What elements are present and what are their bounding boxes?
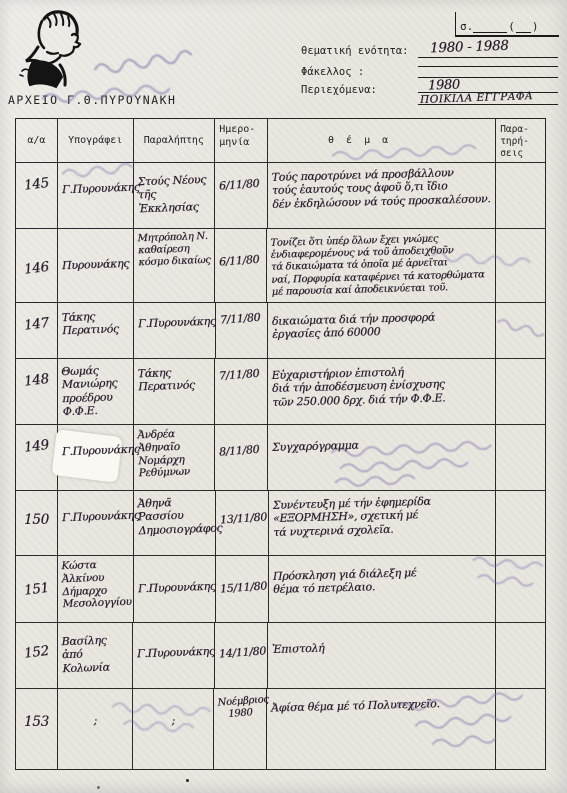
cell-notes [496, 623, 545, 688]
table-row: 147 Τάκης Περατινός Γ.Πυρουνάκης 7/11/80… [16, 303, 545, 359]
archive-title: ΑΡΧΕΙΟ Γ.Θ.ΠΥΡΟΥΝΑΚΗ [8, 93, 176, 107]
cell-recipient: ; [137, 713, 210, 729]
cell-theme: Συνέντευξη μέ τήν ἐφημερίδα «ΕΞΟΡΜΗΣΗ», … [272, 493, 491, 539]
table-row: 148 Θωμάς Μανιώρης προέδρου Φ.Φ.Ε. Τάκης… [16, 359, 545, 425]
cell-theme: Τούς παροτρύνει νά προσβάλλουν τούς ἑαυτ… [272, 165, 492, 211]
ink-bleed-through [91, 42, 203, 81]
cell-aa: 148 [23, 370, 54, 390]
cell-aa: 147 [23, 314, 54, 334]
table-header-row: α/α Υπογράφει Παραλήπτης Ημερο- μηνία θ … [16, 119, 545, 163]
table-row: 152 Βασίλης ἀπό Κολωνία Γ.Πυρουνάκης 14/… [16, 623, 545, 689]
contents-label: Περιεχόμενα: [301, 84, 377, 96]
cell-notes [496, 556, 545, 622]
cell-recipient: Γ.Πυρουνάκης [138, 580, 211, 596]
cell-signer: Βασίλης ἀπό Κολωνία [61, 633, 129, 676]
cell-aa: 146 [23, 258, 53, 278]
cell-recipient: Τάκης Περατινός [137, 365, 211, 394]
page-number-sub-blank [516, 21, 531, 33]
col-header-signer: Υπογράφει [58, 119, 134, 162]
cell-aa: 151 [23, 579, 54, 599]
contents-line-2 [418, 104, 558, 105]
table-row: 146 Πυρουνάκης Μητρόπολη Ν. καθαίρεση κό… [16, 229, 545, 303]
cell-signer: Γ.Πυρουνάκης [62, 509, 129, 525]
folder-label: Φάκελλος : [301, 66, 364, 78]
cell-notes [496, 359, 545, 424]
paren-open: ( [507, 20, 516, 33]
cell-recipient: Μητρόπολη Ν. καθαίρεση κόσμο δικαίως [137, 231, 210, 270]
col-header-theme: θ έ μ α [268, 119, 496, 162]
ink-dot [186, 779, 189, 782]
cell-signer: Θωμάς Μανιώρης προέδρου Φ.Φ.Ε. [61, 363, 130, 419]
cell-theme: Συγχαρόγραμμα [272, 435, 491, 454]
cell-theme: Τονίζει ὅτι ὑπέρ ὅλων ἔχει γνώμες ἐνδιαφ… [271, 230, 564, 299]
cell-recipient: Γ.Πυρουνάκης [137, 645, 210, 661]
cell-aa: 150 [24, 512, 53, 528]
col-header-notes: Παρα- τηρή- σεις [496, 119, 545, 162]
folder-line-1 [418, 66, 558, 67]
cell-date: 6/11/80 [219, 176, 264, 192]
cell-aa: 153 [24, 714, 53, 730]
ink-dot [97, 786, 100, 789]
cell-notes [496, 425, 545, 490]
cell-signer: Πυρουνάκης [61, 257, 128, 273]
cell-date: 14/11/80 [219, 644, 264, 660]
table-row: 150 Γ.Πυρουνάκης Ἀθηνᾶ Ρασσίου Δημοσιογρ… [16, 491, 545, 556]
cell-date: 7/11/80 [219, 310, 264, 326]
register-table: α/α Υπογράφει Παραλήπτης Ημερο- μηνία θ … [15, 118, 546, 770]
cell-recipient: Στούς Νέους τῆς Ἐκκλησίας [137, 173, 211, 216]
cell-signer: Τάκης Περατινός [61, 309, 129, 338]
thematic-unit-label: θεματική ενότητα: [301, 45, 408, 57]
cell-theme: Ἐπιστολή [272, 637, 491, 656]
page-number-box: σ. ( ) [455, 12, 559, 37]
cell-date: 7/11/80 [219, 366, 264, 382]
cell-signer: Γ.Πυρουνάκης [62, 443, 129, 459]
thematic-unit-value: 1980 - 1988 [430, 38, 509, 57]
page-number-blank [473, 21, 507, 33]
cell-signer: Γ.Πυρουνάκης [62, 181, 129, 197]
cell-aa: 152 [23, 642, 54, 662]
col-header-date: Ημερο- μηνία [215, 119, 268, 162]
cell-signer: ; [61, 713, 128, 729]
cell-theme: δικαιώματα διά τήν προσφορά ἐργασίες ἀπό… [272, 309, 492, 342]
cell-date: 6/11/80 [218, 252, 262, 268]
cell-aa: 149 [23, 436, 54, 456]
table-row: 145 Γ.Πυρουνάκης Στούς Νέους τῆς Ἐκκλησί… [16, 163, 545, 229]
cell-aa: 145 [23, 174, 54, 194]
col-header-recipient: Παραλήπτης [134, 119, 216, 162]
cell-recipient: Γ.Πυρουνάκης [137, 315, 210, 331]
cell-theme: Εὐχαριστήριον ἐπιστολή διά τήν ἀποδέσμευ… [272, 363, 492, 409]
portrait-sketch [14, 5, 96, 91]
cell-date: Νοέμβριος 1980 [218, 694, 264, 721]
cell-notes [496, 491, 545, 555]
cell-notes [496, 163, 545, 228]
cell-recipient: Ἀθηνᾶ Ρασσίου Δημοσιογράφος [137, 495, 211, 538]
table-row: 151 Κώστα Ἀλκίνου Δήμαρχο Μεσολογγίου Γ.… [16, 556, 545, 623]
thematic-unit-line [418, 57, 558, 58]
cell-notes [496, 303, 545, 358]
paren-close: ) [531, 20, 540, 33]
table-row: 153 ; ; Νοέμβριος 1980 Ἀφίσα θέμα μέ τό … [16, 689, 545, 769]
page-number-label: σ. [460, 20, 473, 33]
cell-signer: Κώστα Ἀλκίνου Δήμαρχο Μεσολογγίου [61, 558, 130, 611]
table-row: 149 Γ.Πυρουνάκης Ἀνδρέα Ἀθηναῖο Νομάρχη … [16, 425, 545, 491]
cell-recipient: Ἀνδρέα Ἀθηναῖο Νομάρχη Ρεθύμνων [137, 427, 211, 481]
cell-date: 15/11/80 [219, 579, 264, 595]
cell-theme: Πρόσκληση γιά διάλεξη μέ θέμα τό πετρέλα… [272, 564, 491, 597]
cell-date: 8/11/80 [219, 442, 264, 458]
scanned-archive-register-page: ΑΡΧΕΙΟ Γ.Θ.ΠΥΡΟΥΝΑΚΗ σ. ( ) θεματική ενό… [0, 0, 567, 793]
cell-date: 13/11/80 [219, 510, 264, 526]
col-header-aa: α/α [16, 119, 58, 162]
